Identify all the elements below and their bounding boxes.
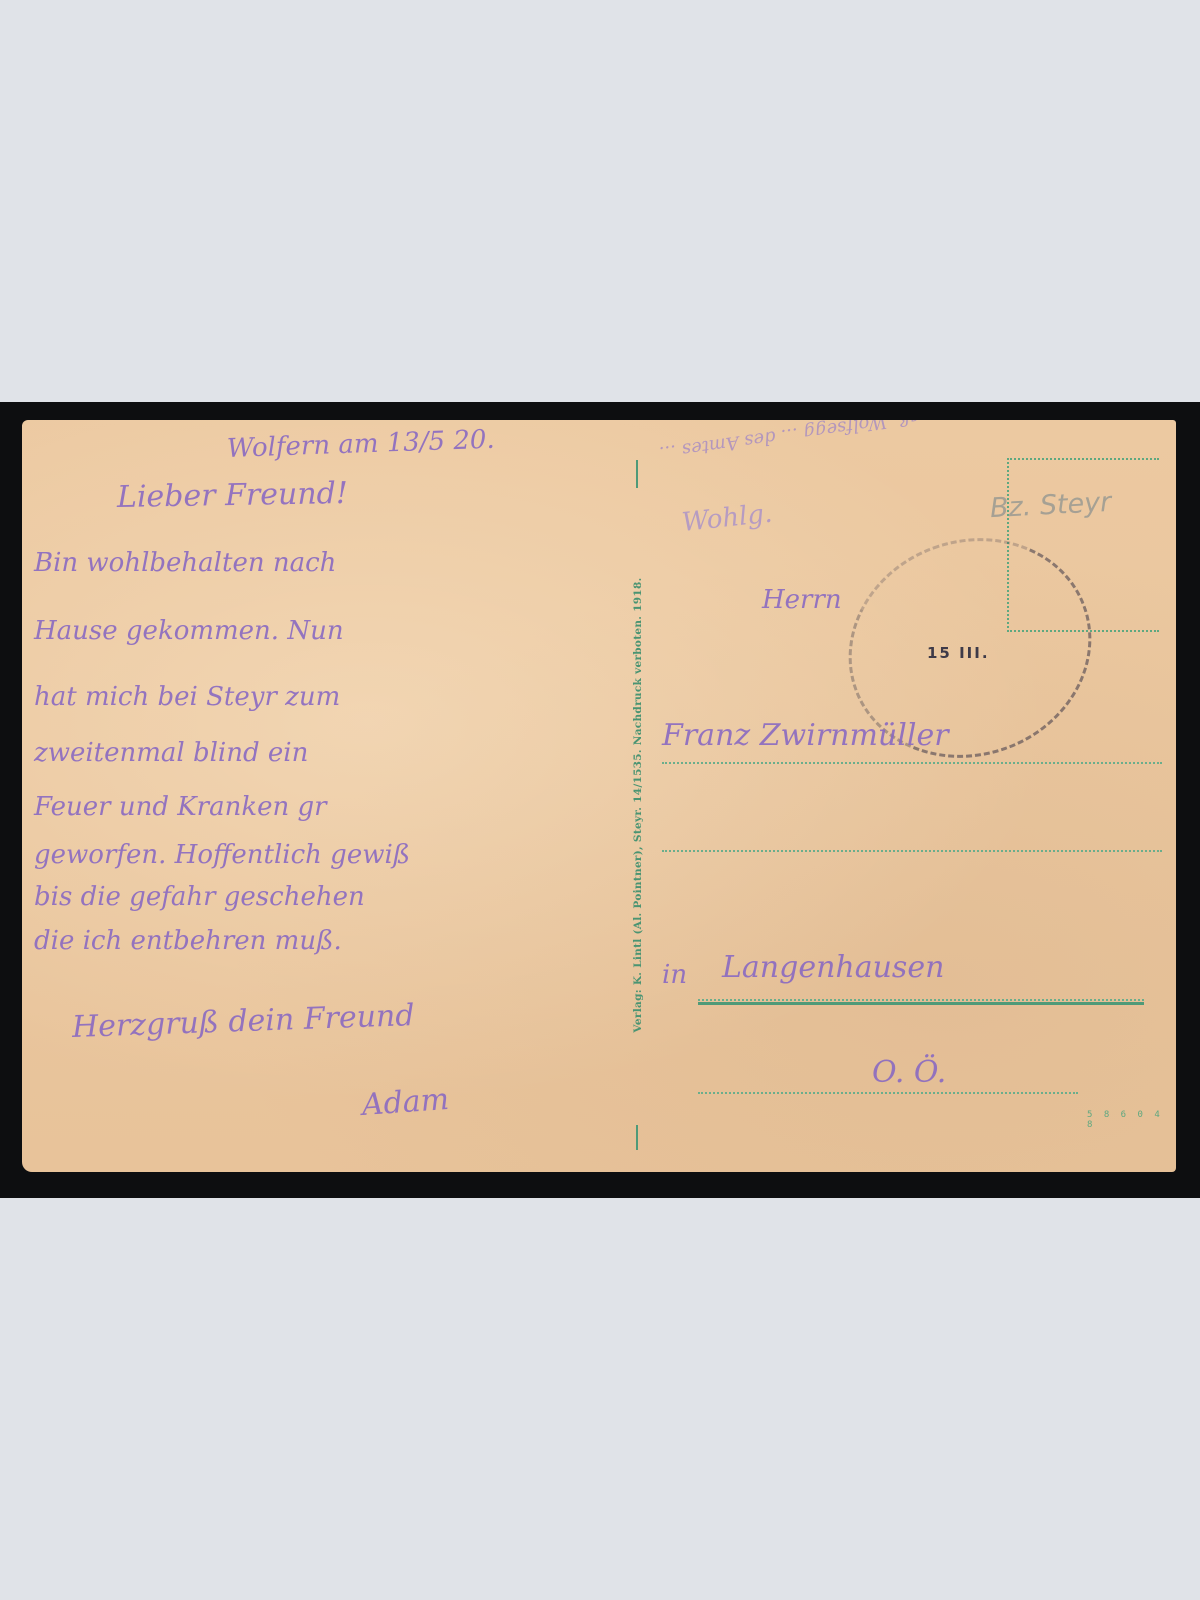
postcard: die paß. Wolfsegg ... des Amtes ... Wolf… [22,420,1176,1172]
address-title-line: Wohlg. [680,499,773,538]
message-line-5: Feuer und Kranken gr [34,792,327,822]
publisher-imprint: Verlag: K. Lintl (Al. Pointner), Steyr. … [632,577,644,1032]
message-line-3: hat mich bei Steyr zum [34,682,340,712]
salutation: Lieber Freund! [117,476,348,515]
address-line-2 [662,850,1162,852]
address-prefix: in [662,960,687,990]
address-line-3 [698,1002,1144,1005]
message-line-2: Hause gekommen. Nun [34,616,344,646]
message-line-7: bis die gefahr geschehen [34,882,365,912]
signature: Adam [361,1082,450,1123]
message-line-8: die ich entbehren muß. [34,926,342,956]
dateline: Wolfern am 13/5 20. [226,425,495,464]
address-town: Langenhausen [722,950,944,985]
address-line-1 [662,762,1162,764]
message-line-6: geworfen. Hoffentlich gewiß [34,840,410,870]
closing: Herzgruß dein Freund [71,998,415,1045]
postmark-date: 15 III. [927,644,990,662]
pencil-note: Bz. Steyr [989,487,1112,524]
address-line-4 [698,1092,1078,1094]
address-honorific: Herrn [762,585,842,615]
address-name: Franz Zwirnmüller [662,718,949,753]
message-line-4: zweitenmal blind ein [34,738,308,768]
serial-number: 5 8 6 0 4 8 [1087,1110,1176,1130]
address-region: O. Ö. [872,1055,946,1090]
divider: Verlag: K. Lintl (Al. Pointner), Steyr. … [618,460,658,1150]
message-line-1: Bin wohlbehalten nach [34,548,336,578]
